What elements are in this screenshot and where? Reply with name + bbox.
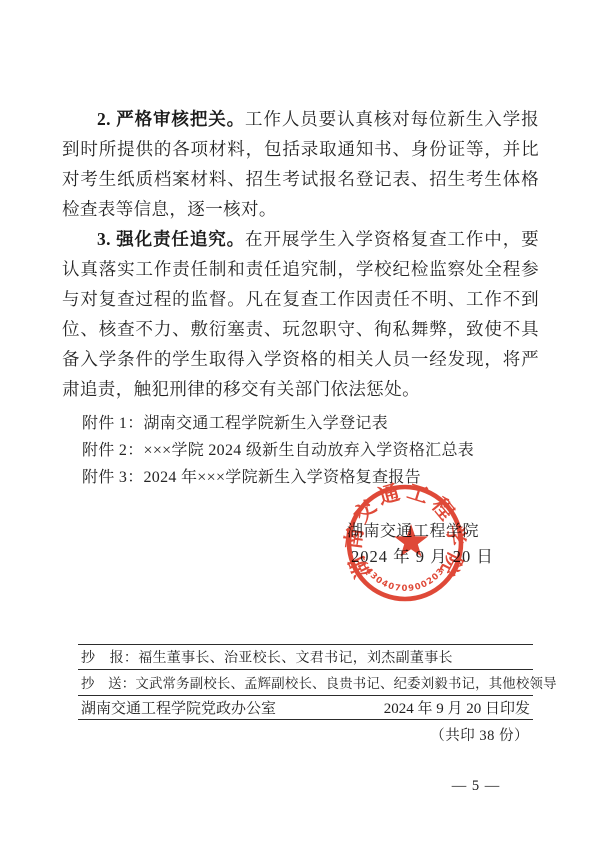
paragraph-lead: 2. 严格审核把关。	[97, 109, 245, 129]
seal-ring-text: 湖南交通工程学院	[341, 479, 469, 583]
attachment-item: 附件 2：×××学院 2024 级新生自动放弃入学资格汇总表	[82, 437, 539, 464]
page-number: — 5 —	[436, 778, 516, 795]
copy-send-text: 抄 送：文武常务副校长、孟辉副校长、良贵书记、纪委刘毅书记，其他校领导	[81, 673, 557, 692]
footer-distribution-block: 抄 报：福生董事长、治亚校长、文君书记，刘杰副董事长 抄 送：文武常务副校长、孟…	[78, 644, 533, 745]
document-body: 2. 严格审核把关。工作人员要认真核对每位新生入学报到时所提供的各项材料，包括录…	[62, 104, 539, 491]
copy-report-row: 抄 报：福生董事长、治亚校长、文君书记，刘杰副董事长	[78, 644, 533, 669]
issue-date: 2024 年 9 月 20 日印发	[384, 697, 530, 718]
issuer-row: 湖南交通工程学院党政办公室 2024 年 9 月 20 日印发	[78, 695, 533, 720]
copy-send-row: 抄 送：文武常务副校长、孟辉副校长、良贵书记、纪委刘毅书记，其他校领导	[78, 669, 533, 695]
document-page: 2. 严格审核把关。工作人员要认真核对每位新生入学报到时所提供的各项材料，包括录…	[0, 0, 600, 848]
paragraph-lead: 3. 强化责任追究。	[97, 229, 245, 249]
seal-star-icon	[394, 524, 428, 557]
copy-report-text: 抄 报：福生董事长、治亚校长、文君书记，刘杰副董事长	[81, 647, 453, 667]
print-copies-note: （共印 38 份）	[78, 724, 533, 745]
issuer-name: 湖南交通工程学院党政办公室	[81, 697, 276, 718]
official-seal-stamp: 湖南交通工程学院 4304070900203	[330, 467, 482, 619]
paragraph-text: 在开展学生入学资格复查工作中，要认真落实工作责任制和责任追究制，学校纪检监察处全…	[62, 229, 539, 399]
paragraph-strict-review: 2. 严格审核把关。工作人员要认真核对每位新生入学报到时所提供的各项材料，包括录…	[62, 104, 539, 224]
attachment-item: 附件 1：湖南交通工程学院新生入学登记表	[82, 410, 539, 437]
paragraph-accountability: 3. 强化责任追究。在开展学生入学资格复查工作中，要认真落实工作责任制和责任追究…	[62, 224, 539, 404]
